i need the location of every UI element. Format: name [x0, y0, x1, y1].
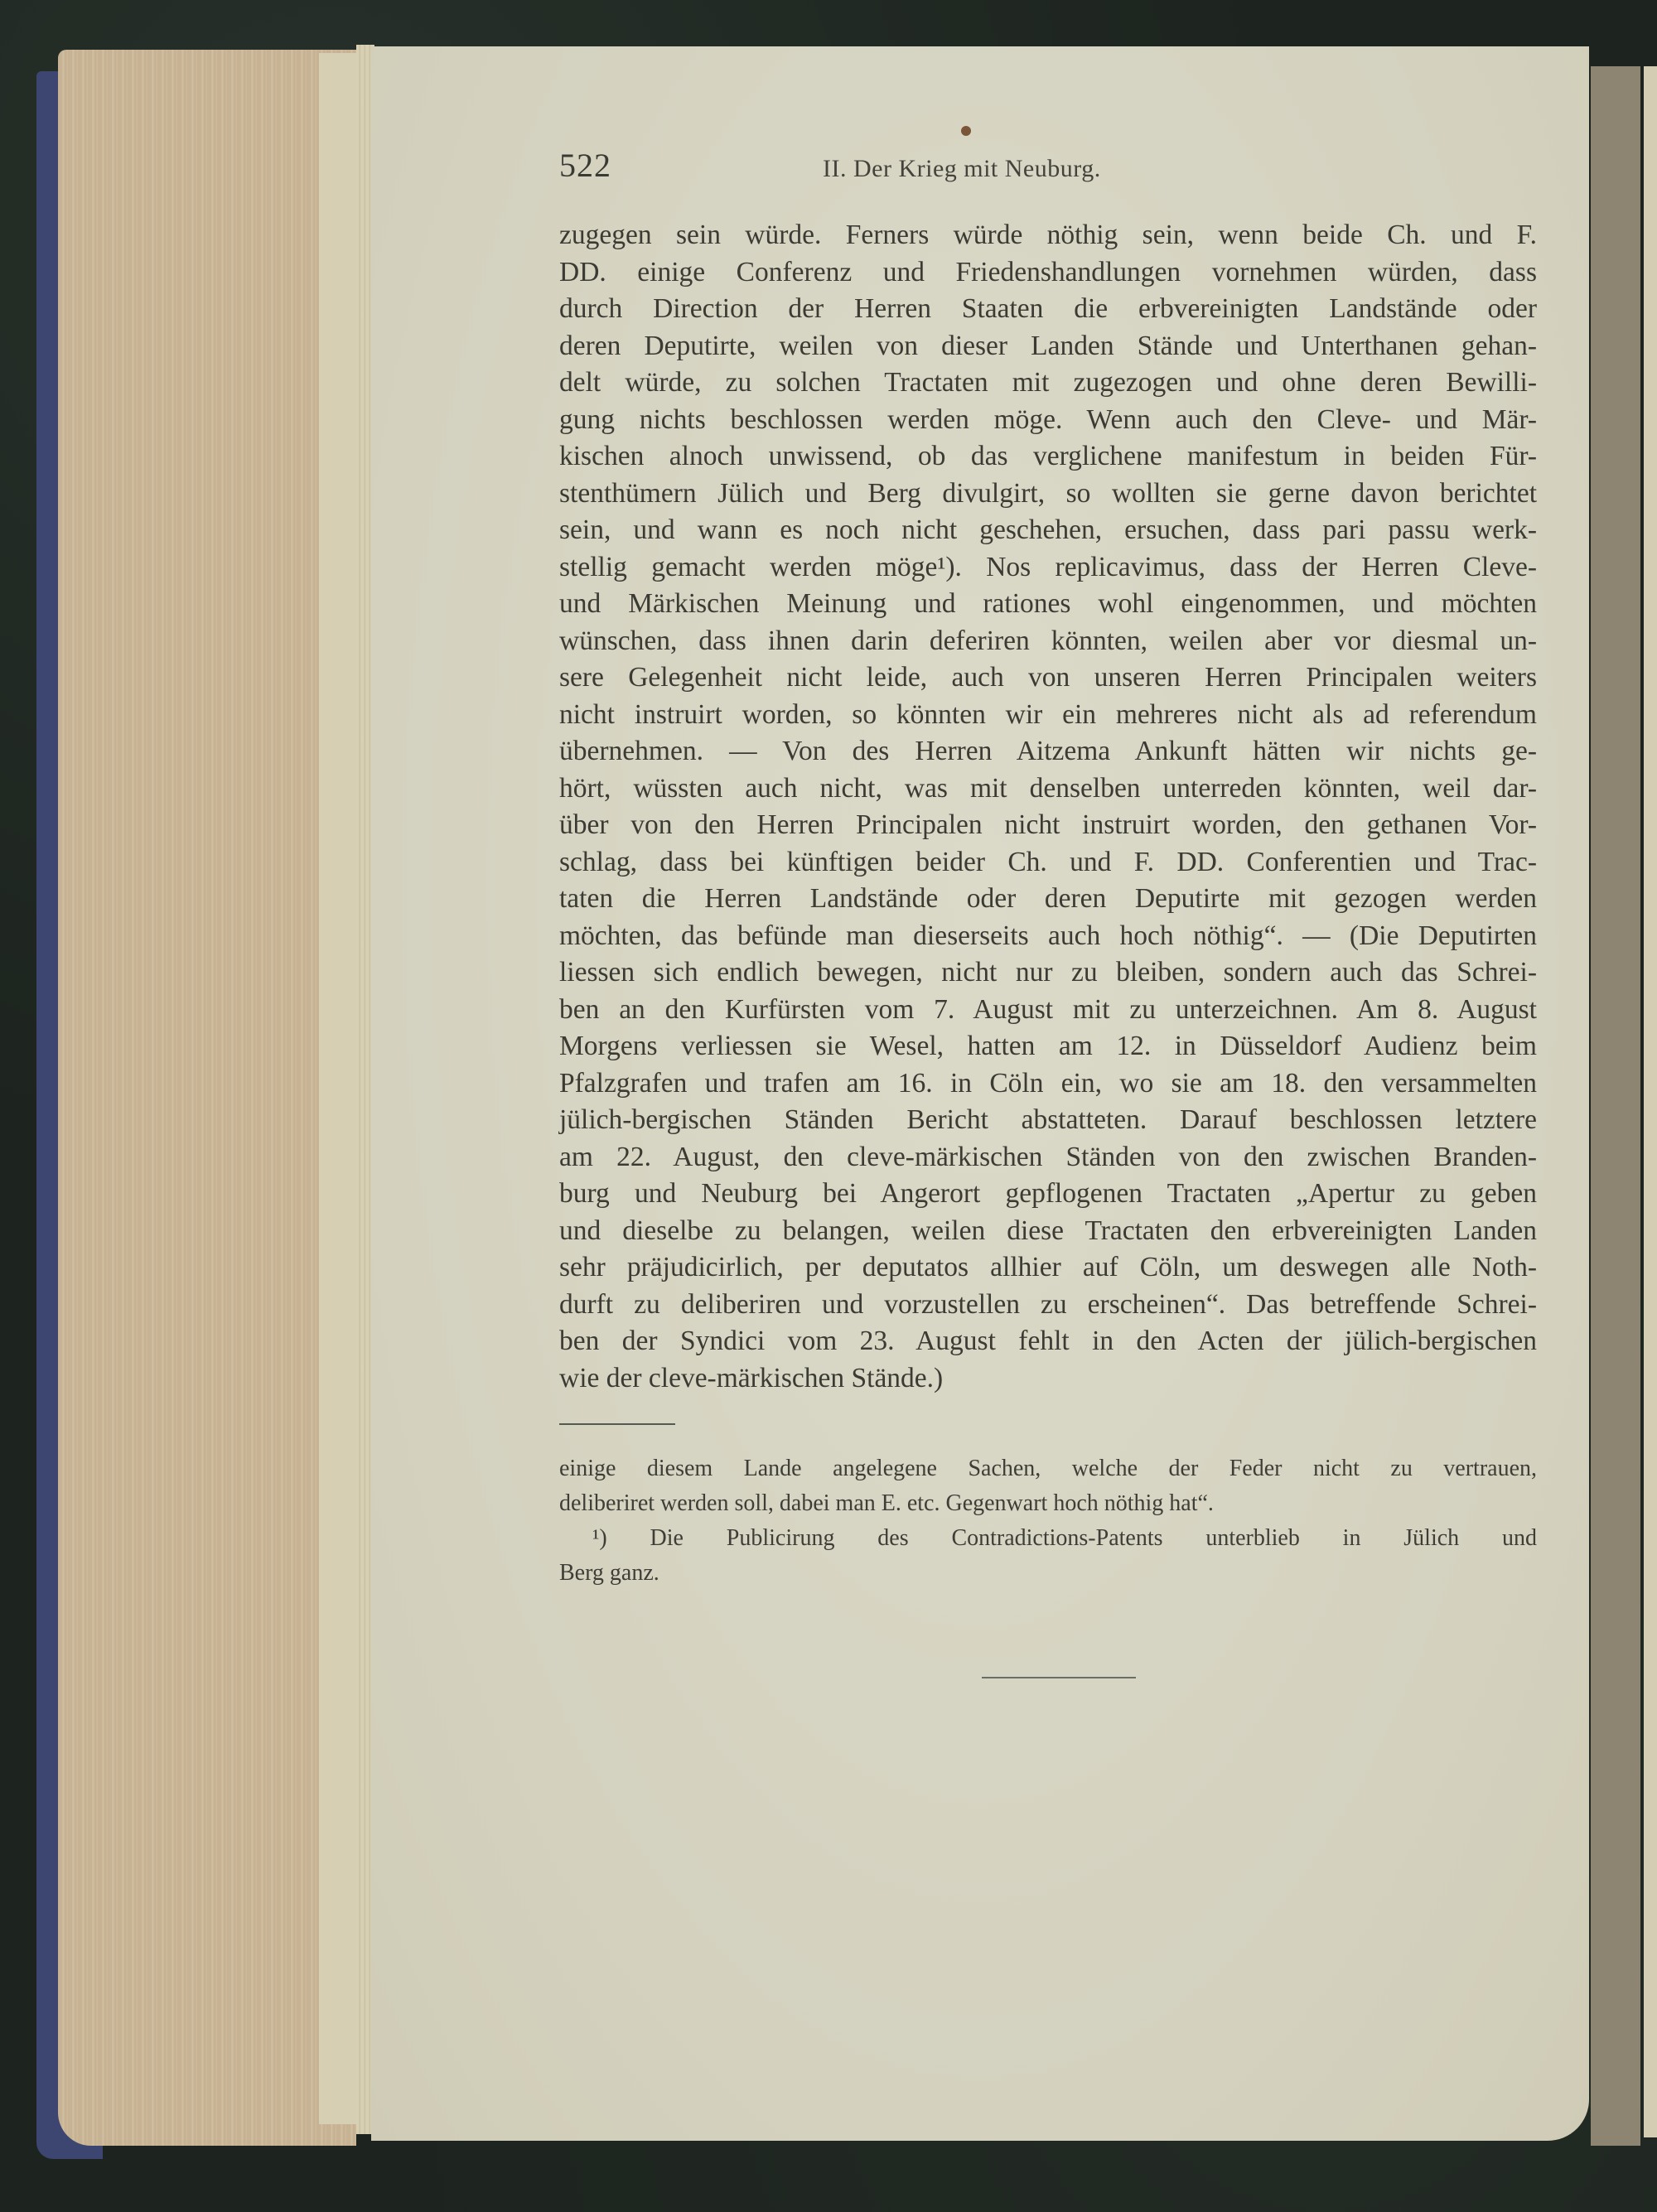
text-line: wünschen, dass ihnen darin deferiren kön… [559, 623, 1537, 660]
chapter-end-rule [982, 1677, 1136, 1678]
text-line: Morgens verliessen sie Wesel, hatten am … [559, 1028, 1537, 1065]
gutter-shadow [1591, 66, 1640, 2146]
text-line: kischen alnoch unwissend, ob das verglic… [559, 438, 1537, 476]
text-line: über von den Herren Principalen nicht in… [559, 807, 1537, 844]
text-line: und dieselbe zu belangen, weilen diese T… [559, 1213, 1537, 1250]
text-line: DD. einige Conferenz und Friedenshandlun… [559, 254, 1537, 292]
text-line: wie der cleve-märkischen Stände.) [559, 1360, 1537, 1398]
footnote-separator [559, 1423, 675, 1425]
text-line: ben an den Kurfürsten vom 7. August mit … [559, 992, 1537, 1029]
page-header: 522 II. Der Krieg mit Neuburg. [559, 146, 1255, 187]
text-line: sein, und wann es noch nicht geschehen, … [559, 512, 1537, 549]
body-text: zugegen sein würde. Ferners würde nöthig… [559, 217, 1537, 1397]
ink-stain [961, 126, 971, 136]
text-line: taten die Herren Landstände oder deren D… [559, 881, 1537, 918]
text-line: burg und Neuburg bei Angerort gepflogene… [559, 1176, 1537, 1213]
text-line: deren Deputirte, weilen von dieser Lande… [559, 328, 1537, 365]
text-line: Pfalzgrafen und trafen am 16. in Cöln ei… [559, 1065, 1537, 1103]
adjacent-page-edge [1644, 66, 1657, 2137]
text-line: hört, wüssten auch nicht, was mit densel… [559, 770, 1537, 808]
text-line: möchten, das befünde man dieserseits auc… [559, 918, 1537, 955]
text-line: nicht instruirt worden, so könnten wir e… [559, 697, 1537, 734]
text-line: durft zu deliberiren und vorzustellen zu… [559, 1287, 1537, 1324]
text-line: ben der Syndici vom 23. August fehlt in … [559, 1323, 1537, 1360]
footnote-line: einige diesem Lande angelegene Sachen, w… [559, 1451, 1537, 1486]
text-line: stenthümern Jülich und Berg divulgirt, s… [559, 476, 1537, 513]
book-page-block-edge [58, 50, 356, 2146]
text-line: durch Direction der Herren Staaten die e… [559, 291, 1537, 328]
footnote-1: ¹) Die Publicirung des Contradictions-Pa… [559, 1521, 1537, 1556]
footnote-line: Berg ganz. [559, 1556, 1537, 1591]
page-number: 522 [559, 146, 611, 185]
text-line: sere Gelegenheit nicht leide, auch von u… [559, 659, 1537, 697]
text-line: am 22. August, den cleve-märkischen Stän… [559, 1139, 1537, 1176]
text-line: und Märkischen Meinung und rationes wohl… [559, 586, 1537, 623]
footnote-line: deliberiret werden soll, dabei man E. et… [559, 1486, 1537, 1521]
text-line: zugegen sein würde. Ferners würde nöthig… [559, 217, 1537, 254]
running-head: II. Der Krieg mit Neuburg. [823, 155, 1101, 183]
text-line: übernehmen. — Von des Herren Aitzema Ank… [559, 733, 1537, 770]
footnotes: einige diesem Lande angelegene Sachen, w… [559, 1451, 1537, 1591]
text-line: gung nichts beschlossen werden möge. Wen… [559, 402, 1537, 439]
text-line: liessen sich endlich bewegen, nicht nur … [559, 954, 1537, 992]
text-line: stellig gemacht werden möge¹). Nos repli… [559, 549, 1537, 587]
text-line: delt würde, zu solchen Tractaten mit zug… [559, 365, 1537, 402]
text-line: schlag, dass bei künftigen beider Ch. un… [559, 844, 1537, 881]
text-line: sehr präjudicirlich, per deputatos allhi… [559, 1249, 1537, 1287]
text-line: jülich-bergischen Ständen Bericht abstat… [559, 1102, 1537, 1139]
